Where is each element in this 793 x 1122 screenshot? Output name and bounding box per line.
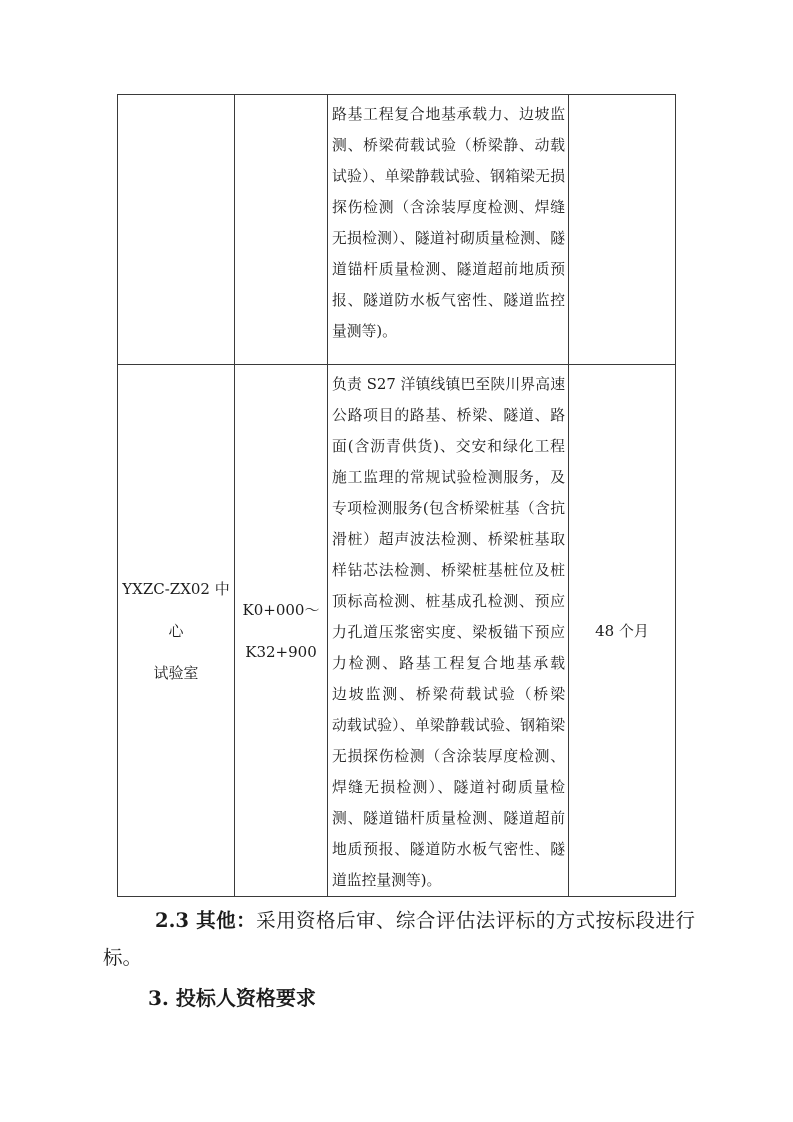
text-line: 测、桥梁荷载试验（桥梁静、动载 xyxy=(332,130,565,161)
description-cell: 负责 S27 洋镇线镇巴至陕川界高速公路项目的路基、桥梁、隧道、路面(含沥青供货… xyxy=(328,365,569,897)
range-cell: K0+000～K32+900 xyxy=(235,365,328,897)
text-line: 量测等)。 xyxy=(332,316,565,347)
text-line: YXZC-ZX02 中心 xyxy=(118,568,234,652)
text-line: K0+000～ xyxy=(235,589,327,631)
description-cell: 路基工程复合地基承载力、边坡监测、桥梁荷载试验（桥梁静、动载试验）、单梁静载试验… xyxy=(328,95,569,365)
unit-cell xyxy=(118,95,235,365)
text-line: 负责 S27 洋镇线镇巴至陕川界高速 xyxy=(332,369,565,400)
text-line: K32+900 xyxy=(235,631,327,673)
text-line: 施工监理的常规试验检测服务，及 xyxy=(332,462,565,493)
text-line: 测、隧道锚杆质量检测、隧道超前 xyxy=(332,803,565,834)
range-cell xyxy=(235,95,328,365)
section-2-3-label: 2.3 其他： xyxy=(155,909,256,932)
text-line: 报、隧道防水板气密性、隧道监控 xyxy=(332,285,565,316)
duration-cell: 48 个月 xyxy=(569,365,676,897)
text-line: 路基工程复合地基承载力、边坡监 xyxy=(332,99,565,130)
text-line: 无损检测）、隧道衬砌质量检测、隧 xyxy=(332,223,565,254)
text-line: 样钻芯法检测、桥梁桩基桩位及桩 xyxy=(332,555,565,586)
duration-cell xyxy=(569,95,676,365)
text-line: 道监控量测等)。 xyxy=(332,865,565,896)
table-row-zx02: YXZC-ZX02 中心试验室 K0+000～K32+900 负责 S27 洋镇… xyxy=(118,365,676,897)
text-line: 焊缝无损检测）、隧道衬砌质量检 xyxy=(332,772,565,803)
paragraph-line: 标。 xyxy=(103,939,695,976)
text-line: 地质预报、隧道防水板气密性、隧 xyxy=(332,834,565,865)
document-page: 路基工程复合地基承载力、边坡监测、桥梁荷载试验（桥梁静、动载试验）、单梁静载试验… xyxy=(0,0,793,1122)
text-line: 无损探伤检测（含涂装厚度检测、 xyxy=(332,741,565,772)
text-line: 面(含沥青供货)、交安和绿化工程 xyxy=(332,431,565,462)
text-line: 边坡监测、桥梁荷载试验（桥梁静、 xyxy=(332,679,565,710)
text-line: 顶标高检测、桩基成孔检测、预应 xyxy=(332,586,565,617)
text-line: 力检测、路基工程复合地基承载力、 xyxy=(332,648,565,679)
paragraph-line: 2.3 其他：采用资格后审、综合评估法评标的方式按标段进行招 xyxy=(103,902,695,939)
unit-cell: YXZC-ZX02 中心试验室 xyxy=(118,365,235,897)
table-row-continuation: 路基工程复合地基承载力、边坡监测、桥梁荷载试验（桥梁静、动载试验）、单梁静载试验… xyxy=(118,95,676,365)
text-line: 专项检测服务(包含桥梁桩基（含抗 xyxy=(332,493,565,524)
text-line: 探伤检测（含涂装厚度检测、焊缝 xyxy=(332,192,565,223)
text-line: 滑桩）超声波法检测、桥梁桩基取 xyxy=(332,524,565,555)
section-2-3-paragraph: 2.3 其他：采用资格后审、综合评估法评标的方式按标段进行招 标。 xyxy=(103,902,695,976)
text-line: 试验）、单梁静载试验、钢箱梁无损 xyxy=(332,161,565,192)
bid-sections-table: 路基工程复合地基承载力、边坡监测、桥梁荷载试验（桥梁静、动载试验）、单梁静载试验… xyxy=(117,94,676,897)
section-3-heading: 3. 投标人资格要求 xyxy=(148,981,316,1015)
duration-value: 48 个月 xyxy=(569,610,675,652)
text-line: 公路项目的路基、桥梁、隧道、路 xyxy=(332,400,565,431)
text-line: 动载试验）、单梁静载试验、钢箱梁 xyxy=(332,710,565,741)
text-line: 试验室 xyxy=(118,652,234,694)
text-line: 力孔道压浆密实度、梁板锚下预应 xyxy=(332,617,565,648)
text-line: 道锚杆质量检测、隧道超前地质预 xyxy=(332,254,565,285)
